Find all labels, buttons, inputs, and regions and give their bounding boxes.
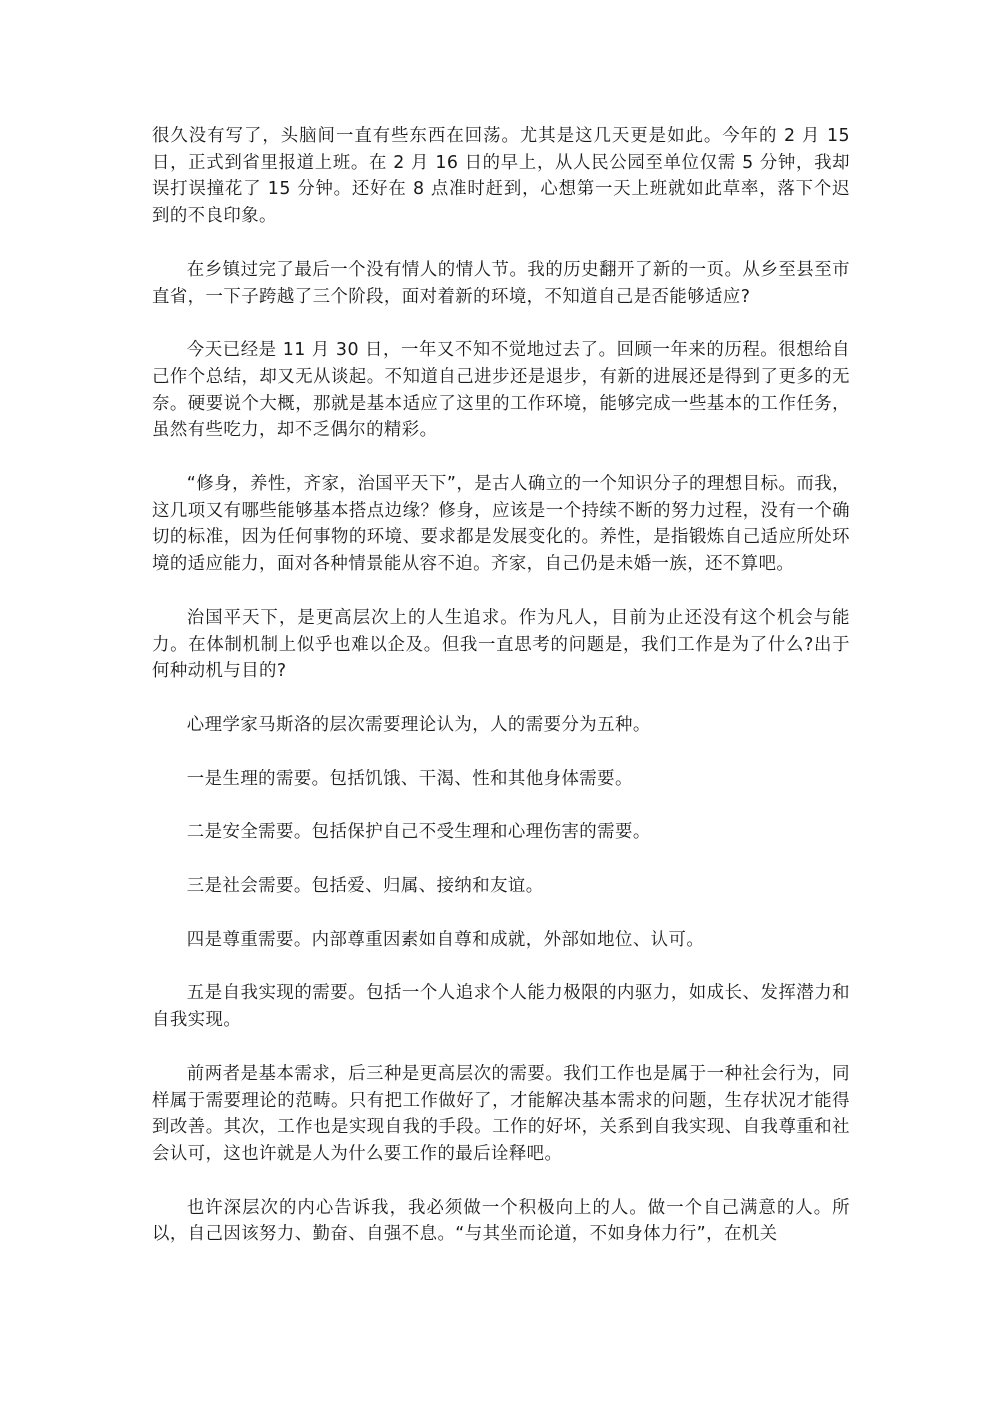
paragraph-12: 前两者是基本需求，后三种是更高层次的需要。我们工作也是属于一种社会行为，同样属于… [152, 1061, 850, 1168]
paragraph-1: 很久没有写了，头脑间一直有些东西在回荡。尤其是这几天更是如此。今年的 2 月 1… [152, 123, 850, 230]
paragraph-5: 治国平天下，是更高层次上的人生追求。作为凡人，目前为止还没有这个机会与能力。在体… [152, 605, 850, 685]
paragraph-10: 四是尊重需要。内部尊重因素如自尊和成就，外部如地位、认可。 [152, 927, 850, 954]
paragraph-6: 心理学家马斯洛的层次需要理论认为，人的需要分为五种。 [152, 712, 850, 739]
paragraph-4: “修身，养性，齐家，治国平天下”，是古人确立的一个知识分子的理想目标。而我，这几… [152, 471, 850, 578]
paragraph-13: 也许深层次的内心告诉我，我必须做一个积极向上的人。做一个自己满意的人。所以，自己… [152, 1195, 850, 1248]
document-page: 很久没有写了，头脑间一直有些东西在回荡。尤其是这几天更是如此。今年的 2 月 1… [152, 123, 850, 1275]
paragraph-2: 在乡镇过完了最后一个没有情人的情人节。我的历史翻开了新的一页。从乡至县至市直省，… [152, 257, 850, 310]
paragraph-8: 二是安全需要。包括保护自己不受生理和心理伤害的需要。 [152, 819, 850, 846]
paragraph-11: 五是自我实现的需要。包括一个人追求个人能力极限的内驱力，如成长、发挥潜力和自我实… [152, 980, 850, 1033]
paragraph-7: 一是生理的需要。包括饥饿、干渴、性和其他身体需要。 [152, 766, 850, 793]
paragraph-9: 三是社会需要。包括爱、归属、接纳和友谊。 [152, 873, 850, 900]
paragraph-3: 今天已经是 11 月 30 日，一年又不知不觉地过去了。回顾一年来的历程。很想给… [152, 337, 850, 444]
